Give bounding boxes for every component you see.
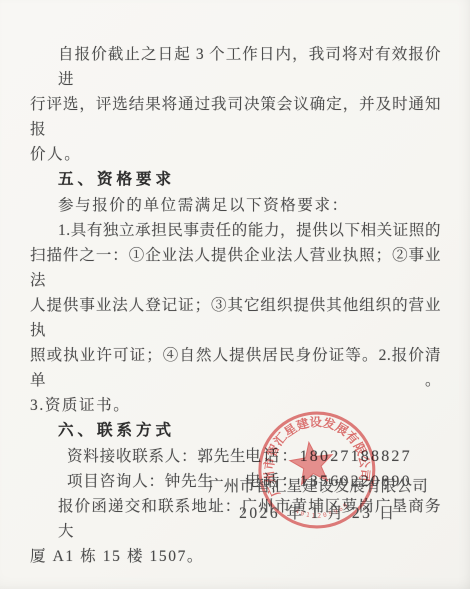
contact-label: 资料接收联系人：郭先生 <box>67 448 246 465</box>
doc-line: 行评选，评选结果将通过我司决策会议确定，并及时通知报 <box>30 92 441 142</box>
doc-line: 自报价截止之日起 3 个工作日内，我司将对有效报价进 <box>30 42 441 92</box>
scanned-document-page: 自报价截止之日起 3 个工作日内，我司将对有效报价进行评选，评选结果将通过我司决… <box>0 0 470 589</box>
section-heading: 六、联系方式 <box>30 418 441 443</box>
doc-line: 厦 A1 栋 15 楼 1507。 <box>30 544 441 569</box>
doc-line: 1.具有独立承担民事责任的能力，提供以下相关证照的 <box>30 218 441 243</box>
doc-line: 3.资质证书。 <box>30 393 441 418</box>
section-heading: 五、资格要求 <box>30 167 441 192</box>
doc-line: 人提供事业法人登记证；③其它组织提供其他组织的营业执 <box>30 293 441 343</box>
contact-line: 资料接收联系人：郭先生电话：18027188827 <box>30 444 441 469</box>
doc-line: 价人。 <box>30 142 441 167</box>
signature-company-name: 广州市智汇星建设发展有限公司 <box>200 474 436 499</box>
doc-line: 扫描件之一：①企业法人提供企业法人营业执照；②事业法 <box>30 243 441 293</box>
doc-line: 参与报价的单位需满足以下资格要求： <box>30 193 441 218</box>
doc-line: 照或执业许可证；④自然人提供居民身份证等。2.报价清单。 <box>30 343 441 393</box>
signature-block: 广州市智汇星建设发展有限公司 2026 年 1 月 23 日 <box>200 474 436 526</box>
contact-label: 项目咨询人：钟先生 <box>67 473 214 490</box>
signature-date: 2026 年 1 月 23 日 <box>200 501 436 526</box>
